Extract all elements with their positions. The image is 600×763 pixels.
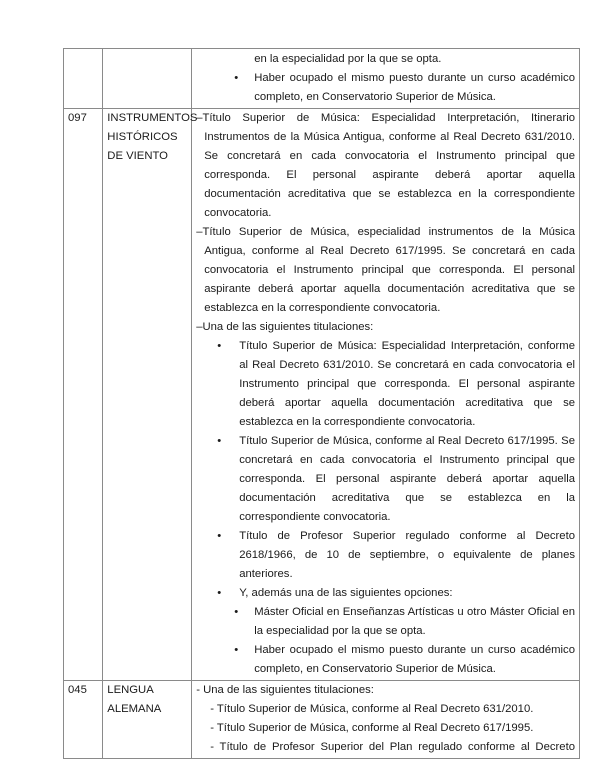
- list-item: Título Superior de Música, conforme al R…: [196, 432, 575, 527]
- specialty-cell: [103, 49, 192, 109]
- table-row: 045 LENGUA ALEMANA - Una de las siguient…: [64, 681, 580, 759]
- requirements-cell: en la especialidad por la que se opta. .…: [192, 49, 580, 109]
- requirement-paragraph: –Título Superior de Música: Especialidad…: [196, 109, 575, 223]
- list-item: - Título Superior de Música, conforme al…: [196, 719, 575, 738]
- requirements-cell: –Título Superior de Música: Especialidad…: [192, 109, 580, 681]
- requirement-paragraph: –Título Superior de Música, especialidad…: [196, 223, 575, 318]
- list-item: - Título de Profesor Superior del Plan r…: [196, 738, 575, 757]
- list-item: Título Superior de Música: Especialidad …: [196, 337, 575, 432]
- continued-text: en la especialidad por la que se opta.: [196, 49, 575, 69]
- requirements-cell: - Una de las siguientes titulaciones: - …: [192, 681, 580, 759]
- list-item: Título de Profesor Superior regulado con…: [196, 527, 575, 584]
- requirement-intro: - Una de las siguientes titulaciones:: [196, 681, 575, 700]
- code-cell: 045: [64, 681, 103, 759]
- table-row: en la especialidad por la que se opta. .…: [64, 49, 580, 109]
- specialties-table: en la especialidad por la que se opta. .…: [63, 48, 580, 759]
- specialty-cell: INSTRUMENTOS HISTÓRICOS DE VIENTO: [103, 109, 192, 681]
- specialty-cell: LENGUA ALEMANA: [103, 681, 192, 759]
- code-cell: [64, 49, 103, 109]
- sub-list-item: Máster Oficial en Enseñanzas Artísticas …: [196, 603, 575, 641]
- sub-list-item: Haber ocupado el mismo puesto durante un…: [196, 641, 575, 679]
- code-cell: 097: [64, 109, 103, 681]
- list-item: Haber ocupado el mismo puesto durante un…: [196, 69, 575, 107]
- list-item: - Título Superior de Música, conforme al…: [196, 700, 575, 719]
- list-item: Y, además una de las siguientes opciones…: [196, 584, 575, 603]
- table-row: 097 INSTRUMENTOS HISTÓRICOS DE VIENTO –T…: [64, 109, 580, 681]
- requirement-paragraph: –Una de las siguientes titulaciones:: [196, 318, 575, 337]
